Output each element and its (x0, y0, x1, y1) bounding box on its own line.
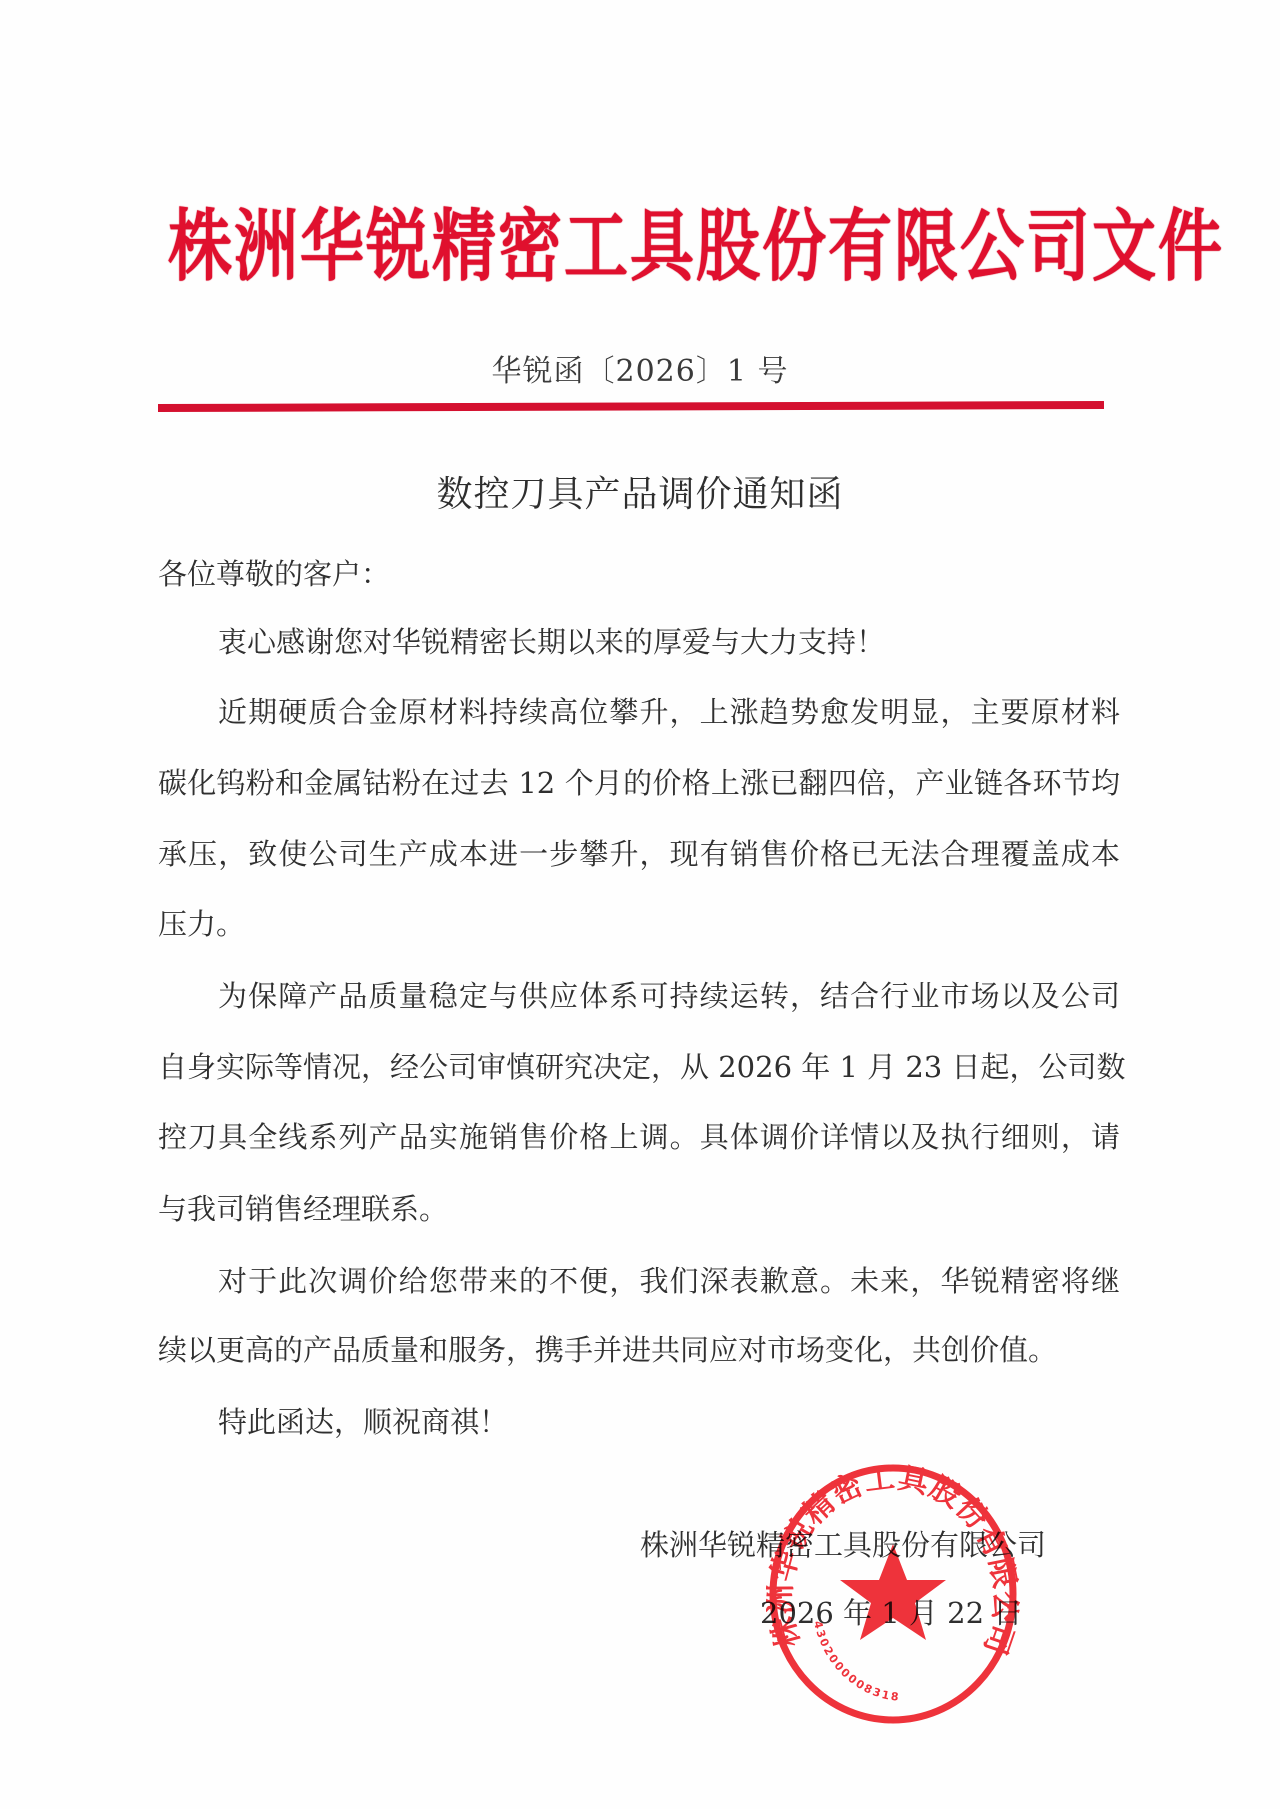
closing-line: 特此函达，顺祝商祺！ (218, 1400, 1120, 1441)
body-line: 近期硬质合金原材料持续高位攀升，上涨趋势愈发明显，主要原材料 (218, 690, 1120, 731)
letterhead-title: 株洲华锐精密工具股份有限公司文件 (168, 184, 1098, 296)
company-seal: 株洲华锐精密工具股份有限公司 4302000008318 (766, 1462, 1020, 1726)
seal-code: 4302000008318 (811, 1620, 901, 1704)
body-line: 为保障产品质量稳定与供应体系可持续运转，结合行业市场以及公司 (218, 974, 1120, 1015)
body-line: 压力。 (158, 902, 1120, 943)
body-line: 控刀具全线系列产品实施销售价格上调。具体调价详情以及执行细则，请 (158, 1115, 1120, 1156)
body-line: 自身实际等情况，经公司审慎研究决定，从 2026 年 1 月 23 日起，公司数 (158, 1045, 1120, 1086)
document-page: 株洲华锐精密工具股份有限公司文件 华锐函〔2026〕1 号 数控刀具产品调价通知… (0, 0, 1280, 1809)
star-icon (840, 1544, 946, 1640)
body-line: 承压，致使公司生产成本进一步攀升，现有销售价格已无法合理覆盖成本 (158, 832, 1120, 873)
body-line: 对于此次调价给您带来的不便，我们深表歉意。未来，华锐精密将继 (218, 1259, 1120, 1300)
salutation: 各位尊敬的客户： (158, 552, 390, 593)
document-number: 华锐函〔2026〕1 号 (0, 346, 1280, 390)
body-line: 续以更高的产品质量和服务，携手并进共同应对市场变化，共创价值。 (158, 1328, 1120, 1369)
body-line: 碳化钨粉和金属钴粉在过去 12 个月的价格上涨已翻四倍，产业链各环节均 (158, 761, 1120, 802)
body-paragraph-thanks: 衷心感谢您对华锐精密长期以来的厚爱与大力支持！ (218, 620, 1120, 661)
letterhead-divider (158, 401, 1104, 412)
body-line: 与我司销售经理联系。 (158, 1187, 1120, 1228)
notice-title: 数控刀具产品调价通知函 (0, 466, 1280, 517)
svg-text:4302000008318: 4302000008318 (811, 1620, 901, 1704)
